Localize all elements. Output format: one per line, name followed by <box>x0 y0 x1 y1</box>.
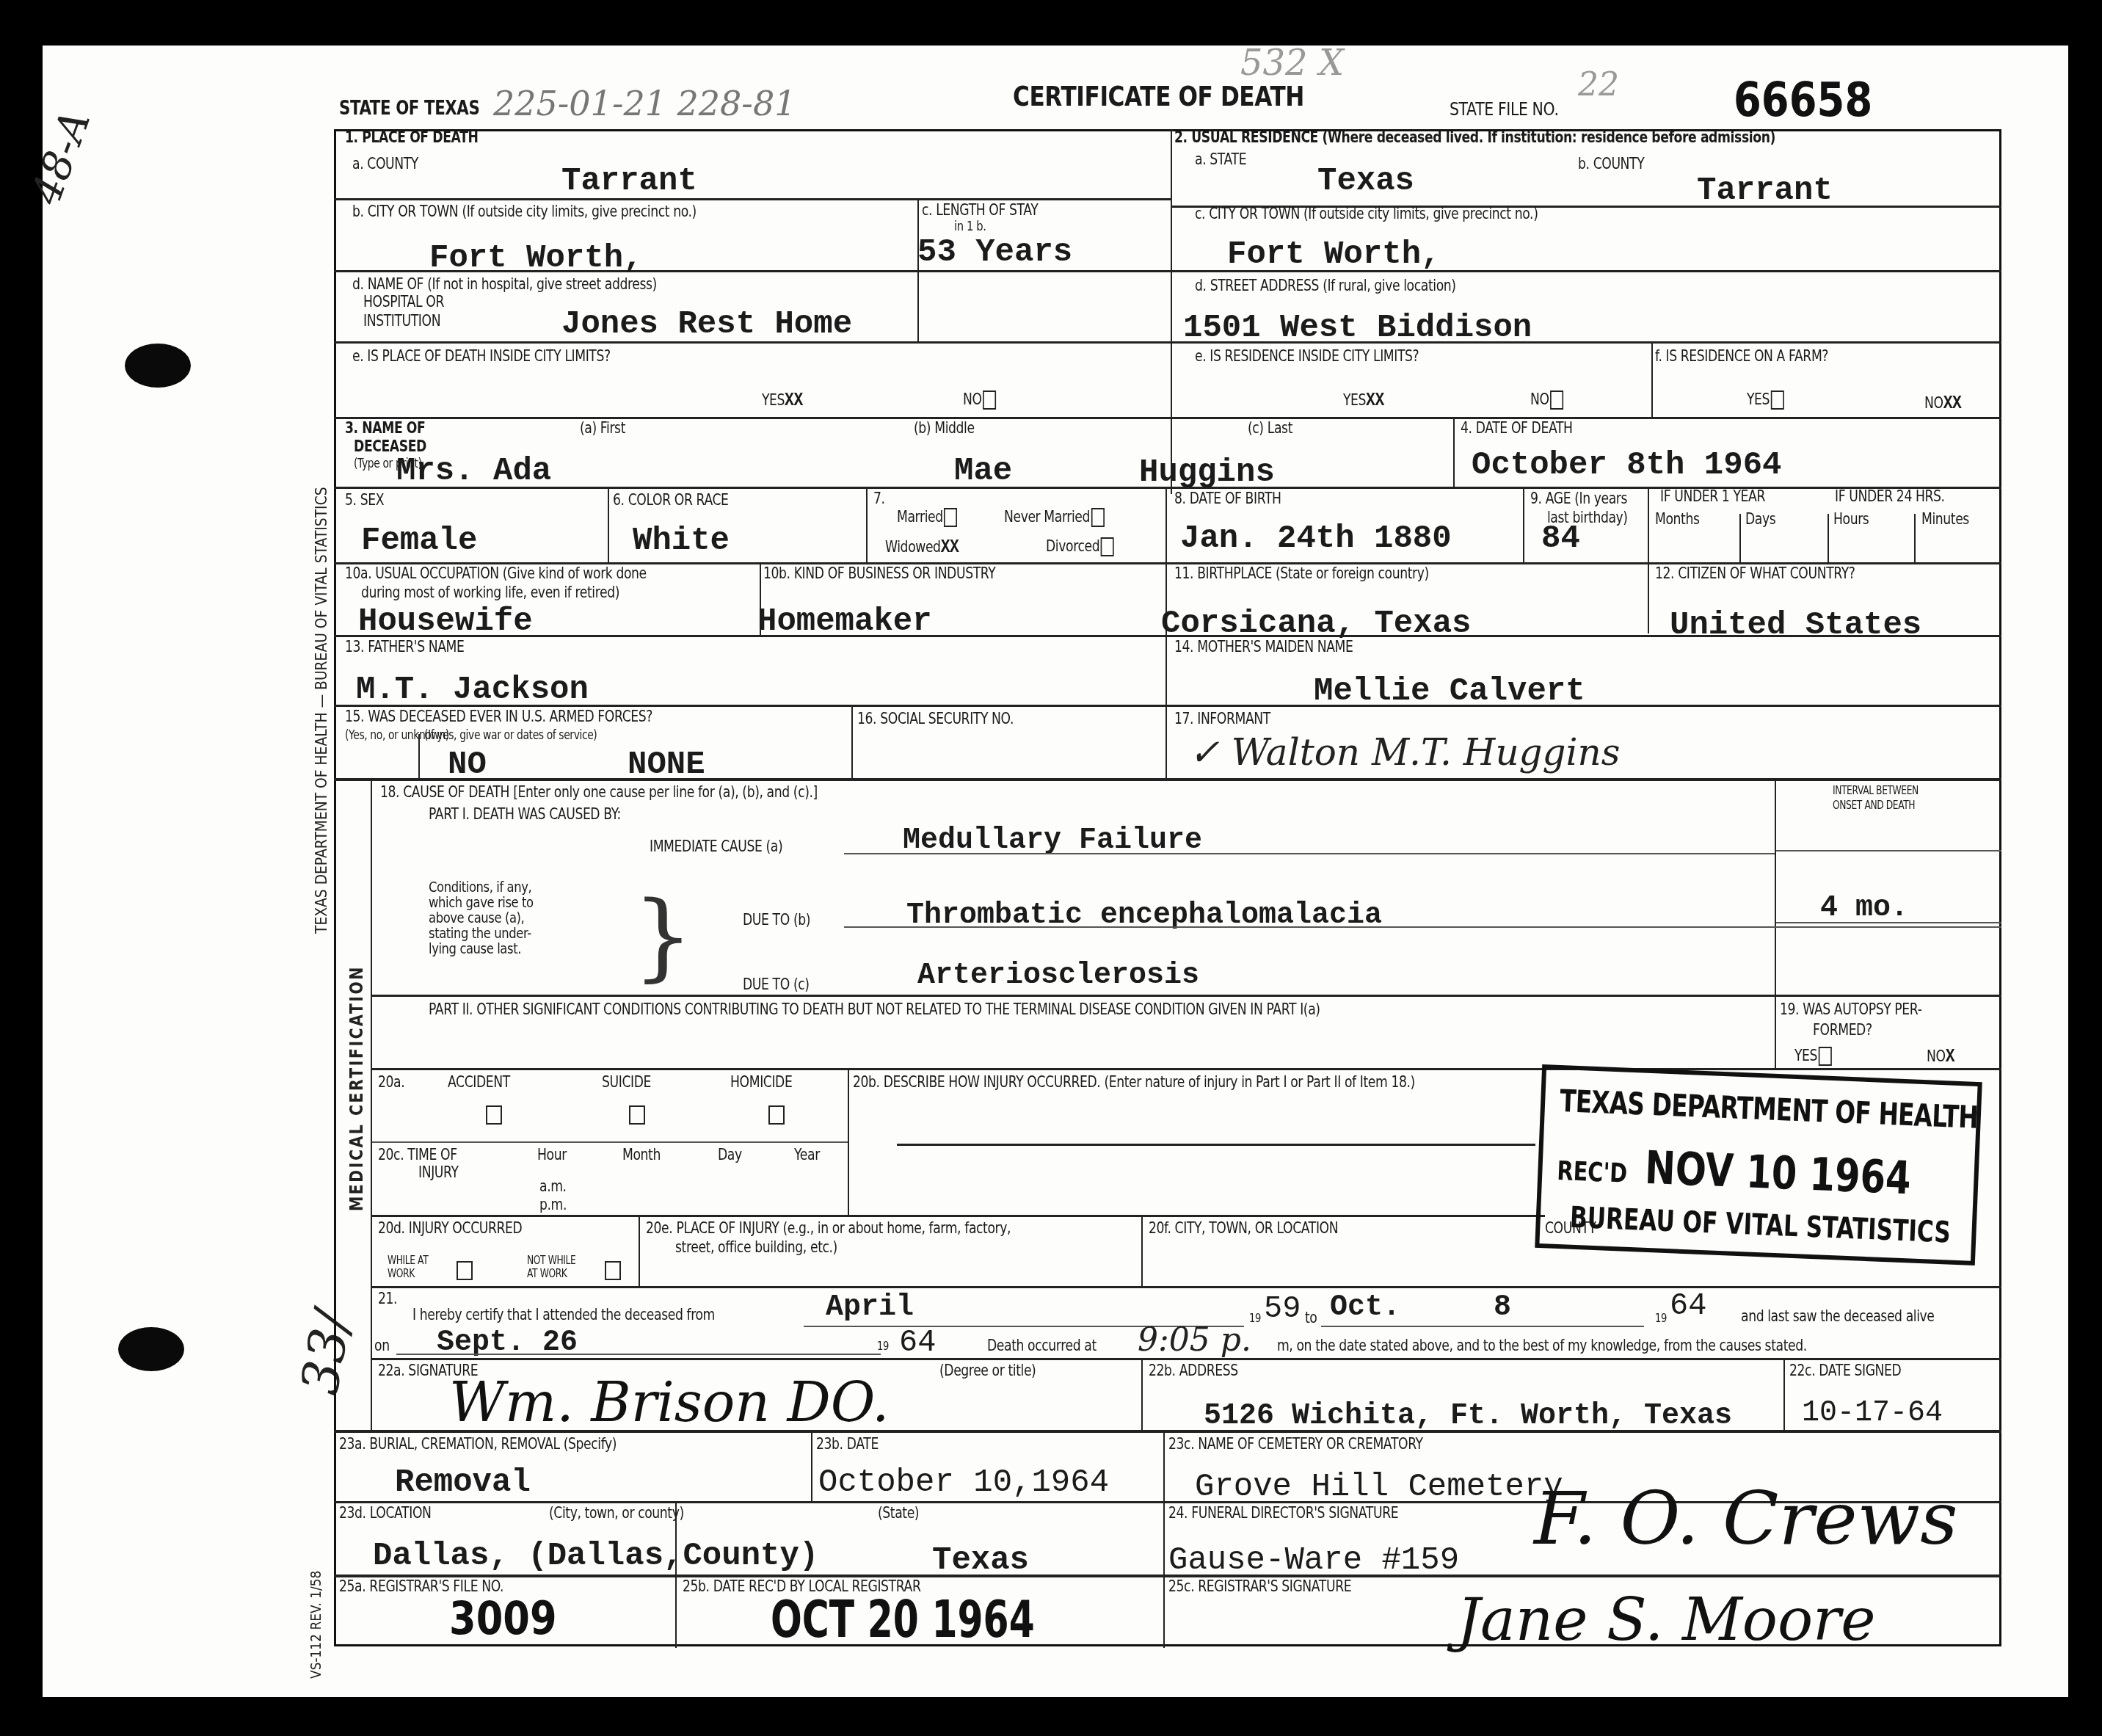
while-at-work-label-2: WORK <box>388 1268 415 1280</box>
brace: } <box>633 888 694 984</box>
farm-yes[interactable]: YES <box>1747 391 1784 410</box>
length-of-stay-value: 53 Years <box>917 236 1072 269</box>
checked-mark: X <box>1946 1047 1954 1067</box>
residence-county-value: Tarrant <box>1697 175 1833 207</box>
not-while-at-work-label-1: NOT WHILE <box>527 1255 575 1267</box>
checked-mark: XX <box>785 391 803 410</box>
side-label-department: TEXAS DEPARTMENT OF HEALTH — BUREAU OF V… <box>313 487 331 934</box>
certification-num: 21. <box>378 1290 397 1307</box>
dob-value: Jan. 24th 1880 <box>1180 523 1452 555</box>
birthplace-value: Corsicana, Texas <box>1161 608 1471 640</box>
degree-label: (Degree or title) <box>939 1362 1036 1379</box>
location-city-label: (City, town, or county) <box>549 1505 684 1521</box>
am-label: a.m. <box>539 1178 567 1194</box>
year-label: Year <box>794 1147 820 1163</box>
residence-state-value: Texas <box>1317 165 1414 197</box>
residence-city-label: c. CITY OR TOWN (If outside city limits,… <box>1195 206 1538 222</box>
side-label-medical: MEDICAL CERTIFICATION <box>346 965 367 1211</box>
last-name-label: (c) Last <box>1248 420 1292 436</box>
location-state-label: (State) <box>878 1505 919 1521</box>
received-stamp: TEXAS DEPARTMENT OF HEALTH REC'DNOV 10 1… <box>1535 1064 1982 1265</box>
first-name-value: Mrs. Ada <box>396 455 551 487</box>
stamp-bureau: BUREAU OF VITAL STATISTICS <box>1569 1201 1952 1250</box>
age-label-1: 9. AGE (In years <box>1530 490 1627 506</box>
checked-mark: XX <box>941 537 959 557</box>
month-label: Month <box>622 1147 661 1163</box>
citizen-value: United States <box>1670 609 1921 642</box>
physician-signature: Wm. Brison DO. <box>449 1371 890 1434</box>
name-label-2: DECEASED <box>354 438 426 454</box>
under-day-label: IF UNDER 24 HRS. <box>1835 488 1945 504</box>
father-value: M.T. Jackson <box>356 674 589 706</box>
part2-label: PART II. OTHER SIGNIFICANT CONDITIONS CO… <box>429 1001 1320 1017</box>
checkbox-empty <box>1101 537 1114 556</box>
institution-label-2: HOSPITAL OR <box>363 294 444 310</box>
checked-mark: XX <box>1366 391 1384 410</box>
under-year-label: IF UNDER 1 YEAR <box>1660 488 1765 504</box>
state-of-texas: STATE OF TEXAS <box>339 99 479 119</box>
punch-hole-bottom <box>118 1327 184 1371</box>
registrar-file-value: 3009 <box>449 1591 557 1645</box>
industry-label: 10b. KIND OF BUSINESS OR INDUSTRY <box>763 565 995 581</box>
stamp-received: REC'DNOV 10 1964 <box>1556 1137 1912 1205</box>
hour-label: Hour <box>537 1147 567 1163</box>
farm-label: f. IS RESIDENCE ON A FARM? <box>1655 348 1828 364</box>
funeral-director-label: 24. FUNERAL DIRECTOR'S SIGNATURE <box>1168 1505 1398 1521</box>
location-state-value: Texas <box>932 1544 1029 1577</box>
armed-forces-sub-2: (If yes, give war or dates of service) <box>424 730 597 743</box>
father-label: 13. FATHER'S NAME <box>345 639 465 655</box>
middle-name-label: (b) Middle <box>914 420 975 436</box>
to-label: to <box>1305 1310 1317 1326</box>
due-to-c-label: DUE TO (c) <box>743 976 810 992</box>
residence-street-label: d. STREET ADDRESS (If rural, give locati… <box>1195 277 1456 294</box>
registrar-signature: Jane S. Moore <box>1457 1586 1876 1654</box>
minutes-label: Minutes <box>1921 511 1969 527</box>
death-city-label: b. CITY OR TOWN (If outside city limits,… <box>352 203 697 219</box>
certification-text-1: I hereby certify that I attended the dec… <box>412 1307 715 1323</box>
suicide-label: SUICIDE <box>602 1074 651 1090</box>
age-value: 84 <box>1541 523 1580 555</box>
checkbox-empty <box>944 508 957 527</box>
informant-label: 17. INFORMANT <box>1174 711 1270 727</box>
death-county-value: Tarrant <box>561 165 697 197</box>
pm-label: p.m. <box>539 1196 567 1213</box>
length-of-stay-label: c. LENGTH OF STAY <box>922 202 1038 218</box>
due-to-b-label: DUE TO (b) <box>743 912 810 928</box>
length-of-stay-sublabel: in 1 b. <box>954 220 986 234</box>
middle-name-value: Mae <box>954 455 1012 487</box>
attended-from-year: 59 <box>1264 1293 1301 1324</box>
autopsy-label-2: FORMED? <box>1813 1022 1872 1038</box>
pencil-code-1: 225-01-21 228-81 <box>493 84 796 123</box>
death-inside-limits-yes[interactable]: YESXX <box>762 391 803 410</box>
armed-service-value: NONE <box>628 749 705 781</box>
registrar-date-value: OCT 20 1964 <box>771 1589 1035 1649</box>
sex-label: 5. SEX <box>345 492 384 508</box>
homicide-checkbox[interactable] <box>768 1105 785 1125</box>
last-seen-year: 64 <box>899 1327 936 1358</box>
cemetery-label: 23c. NAME OF CEMETERY OR CREMATORY <box>1168 1436 1423 1452</box>
nineteen-3: 19 <box>877 1340 889 1353</box>
place-of-injury-label-1: 20e. PLACE OF INJURY (e.g., in or about … <box>646 1220 1011 1236</box>
checkbox-empty <box>1550 391 1563 410</box>
burial-type-label: 23a. BURIAL, CREMATION, REMOVAL (Specify… <box>339 1436 617 1452</box>
injury-occurred-label: 20d. INJURY OCCURRED <box>378 1220 522 1236</box>
checkbox-empty <box>1771 391 1784 410</box>
date-signed-value: 10-17-64 <box>1802 1399 1943 1428</box>
autopsy-label-1: 19. WAS AUTOPSY PER- <box>1780 1001 1921 1017</box>
attended-to-day: 8 <box>1494 1293 1511 1323</box>
date-of-death-label: 4. DATE OF DEATH <box>1461 420 1573 436</box>
occupation-label-1: 10a. USUAL OCCUPATION (Give kind of work… <box>345 565 647 581</box>
residence-inside-limits-label: e. IS RESIDENCE INSIDE CITY LIMITS? <box>1195 348 1419 364</box>
autopsy-yes[interactable]: YES <box>1794 1047 1832 1066</box>
checked-mark: XX <box>1943 393 1962 413</box>
while-at-work-checkbox[interactable] <box>457 1261 473 1280</box>
occupation-value: Housewife <box>358 606 533 638</box>
day-label: Day <box>718 1147 742 1163</box>
margin-note-top: 48-A <box>22 104 100 211</box>
armed-forces-value: NO <box>448 749 487 781</box>
location-value: Dallas, (Dallas,County) <box>373 1540 818 1572</box>
interval-label-2: ONSET AND DEATH <box>1833 800 1915 812</box>
on-label: on <box>374 1337 390 1354</box>
months-label: Months <box>1655 511 1699 527</box>
homicide-label: HOMICIDE <box>730 1074 792 1090</box>
burial-type-value: Removal <box>395 1467 531 1499</box>
citizen-label: 12. CITIZEN OF WHAT COUNTRY? <box>1655 565 1855 581</box>
sex-value: Female <box>361 525 477 557</box>
while-at-work-label-1: WHILE AT <box>388 1255 428 1267</box>
mother-value: Mellie Calvert <box>1314 675 1585 708</box>
never-married-option[interactable]: Never Married <box>1004 508 1105 527</box>
first-name-label: (a) First <box>580 420 625 436</box>
date-of-death-value: October 8th 1964 <box>1472 449 1781 482</box>
death-time: 9:05 p. <box>1138 1321 1251 1359</box>
residence-label: 2. USUAL RESIDENCE (Where deceased lived… <box>1174 129 1775 145</box>
physician-address-value: 5126 Wichita, Ft. Worth, Texas <box>1204 1402 1732 1431</box>
checkbox-empty <box>983 391 996 410</box>
checkbox-empty <box>1819 1047 1832 1066</box>
burial-date-value: October 10,1964 <box>818 1467 1109 1499</box>
divorced-option[interactable]: Divorced <box>1046 537 1114 556</box>
cause-of-death-label: 18. CAUSE OF DEATH [Enter only one cause… <box>380 784 818 800</box>
hours-label: Hours <box>1833 511 1869 527</box>
dob-label: 8. DATE OF BIRTH <box>1174 490 1281 506</box>
certification-text-3: m, on the date stated above, and to the … <box>1277 1337 1807 1354</box>
time-of-injury-label-1: 20c. TIME OF <box>378 1147 457 1163</box>
injury-a-label: 20a. <box>378 1074 404 1090</box>
place-of-death-label: 1. PLACE OF DEATH <box>345 129 478 145</box>
death-occurred-label: Death occurred at <box>987 1337 1097 1354</box>
injury-city-label: 20f. CITY, TOWN, OR LOCATION <box>1149 1220 1338 1236</box>
attended-to-year: 64 <box>1670 1290 1706 1321</box>
state-file-label: STATE FILE NO. <box>1450 100 1559 119</box>
death-inside-limits-label: e. IS PLACE OF DEATH INSIDE CITY LIMITS? <box>352 348 611 364</box>
conditions-note: Conditions, if any, which gave rise to a… <box>429 879 556 956</box>
death-inside-limits-no[interactable]: NO <box>963 391 996 410</box>
immediate-cause-value: Medullary Failure <box>903 827 1202 856</box>
interval-value: 4 mo. <box>1820 894 1908 923</box>
institution-label-1: d. NAME OF (If not in hospital, give str… <box>352 276 657 292</box>
funeral-director-signature: F. O. Crews <box>1534 1475 1958 1561</box>
accident-label: ACCIDENT <box>448 1074 510 1090</box>
race-label: 6. COLOR OR RACE <box>613 492 729 508</box>
date-signed-label: 22c. DATE SIGNED <box>1789 1362 1901 1379</box>
funeral-home-value: Gause-Ware #159 <box>1168 1544 1459 1577</box>
side-label-form-no: VS-112 REV. 1/58 <box>307 1571 324 1679</box>
attended-to-month: Oct. <box>1330 1293 1400 1323</box>
widowed-option[interactable]: WidowedXX <box>885 537 959 557</box>
attended-from-month: April <box>826 1293 914 1323</box>
married-option[interactable]: Married <box>897 508 957 527</box>
immediate-cause-label: IMMEDIATE CAUSE (a) <box>650 838 782 854</box>
pencil-code-3: 22 <box>1578 66 1619 103</box>
institution-value: Jones Rest Home <box>561 308 852 341</box>
residence-inside-limits-no[interactable]: NO <box>1530 391 1563 410</box>
residence-street-value: 1501 West Biddison <box>1183 312 1532 344</box>
stamp-department: TEXAS DEPARTMENT OF HEALTH <box>1559 1083 1979 1136</box>
burial-date-label: 23b. DATE <box>816 1436 879 1452</box>
describe-injury-label: 20b. DESCRIBE HOW INJURY OCCURRED. (Ente… <box>853 1074 1415 1090</box>
race-value: White <box>633 525 730 557</box>
industry-value: Homemaker <box>757 606 932 638</box>
name-label-1: 3. NAME OF <box>345 420 425 436</box>
ssn-label: 16. SOCIAL SECURITY NO. <box>857 711 1014 727</box>
place-of-injury-label-2: street, office building, etc.) <box>675 1239 837 1255</box>
birthplace-label: 11. BIRTHPLACE (State or foreign country… <box>1174 565 1429 581</box>
institution-label-3: INSTITUTION <box>363 313 440 329</box>
registrar-signature-label: 25c. REGISTRAR'S SIGNATURE <box>1168 1578 1351 1594</box>
nineteen-2: 19 <box>1655 1312 1667 1325</box>
armed-forces-label: 15. WAS DECEASED EVER IN U.S. ARMED FORC… <box>345 708 652 724</box>
residence-county-label: b. COUNTY <box>1578 156 1644 172</box>
informant-signature: ✓ Walton M.T. Huggins <box>1189 731 1620 774</box>
occupation-label-2: during most of working life, even if ret… <box>361 584 619 600</box>
marital-label: 7. <box>873 490 885 506</box>
residence-inside-limits-yes[interactable]: YESXX <box>1343 391 1384 410</box>
death-county-label: a. COUNTY <box>352 156 418 172</box>
mother-label: 14. MOTHER'S MAIDEN NAME <box>1174 639 1353 655</box>
state-file-number: 66658 <box>1734 73 1872 128</box>
time-of-injury-label-2: INJURY <box>418 1164 459 1180</box>
checkbox-empty <box>1091 508 1105 527</box>
part1-label: PART I. DEATH WAS CAUSED BY: <box>429 806 621 822</box>
days-label: Days <box>1745 511 1775 527</box>
autopsy-no[interactable]: NOX <box>1927 1047 1954 1067</box>
farm-no[interactable]: NOXX <box>1924 393 1961 413</box>
location-label: 23d. LOCATION <box>339 1505 431 1521</box>
cemetery-value: Grove Hill Cemetery <box>1195 1471 1563 1503</box>
certificate-title: CERTIFICATE OF DEATH <box>1013 82 1304 112</box>
physician-address-label: 22b. ADDRESS <box>1149 1362 1238 1379</box>
residence-state-label: a. STATE <box>1195 151 1246 167</box>
certification-text-2: and last saw the deceased alive <box>1741 1308 1935 1324</box>
death-city-value: Fort Worth, <box>429 242 642 275</box>
not-while-at-work-checkbox[interactable] <box>605 1261 621 1280</box>
punch-hole-top <box>125 344 191 388</box>
interval-label-1: INTERVAL BETWEEN <box>1833 785 1919 797</box>
pencil-code-2: 532 X <box>1240 43 1344 84</box>
accident-checkbox[interactable] <box>486 1105 502 1125</box>
residence-city-value: Fort Worth, <box>1227 239 1440 271</box>
not-while-at-work-label-2: AT WORK <box>527 1268 567 1280</box>
due-to-c-value: Arteriosclerosis <box>917 962 1199 991</box>
last-name-value: Huggins <box>1139 457 1275 489</box>
suicide-checkbox[interactable] <box>629 1105 645 1125</box>
